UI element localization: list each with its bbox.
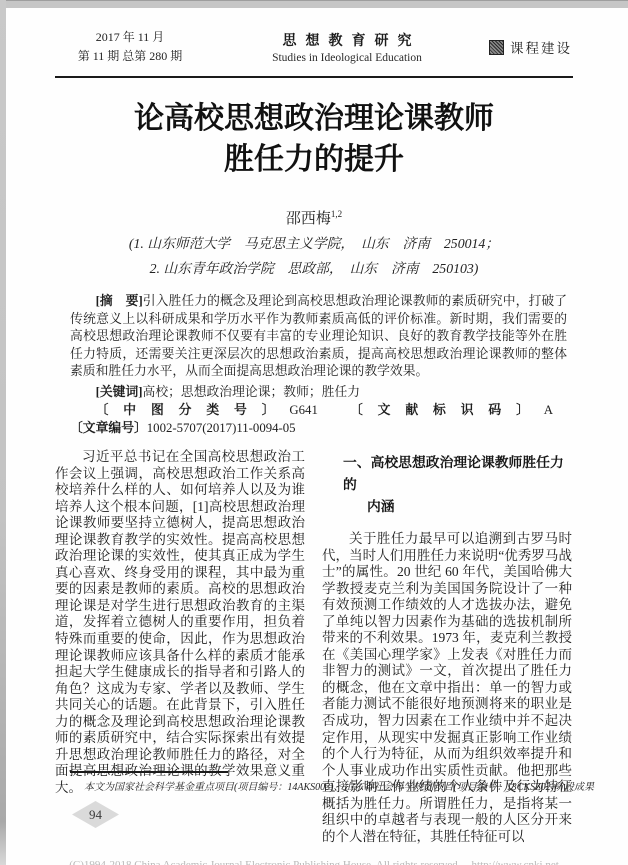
column-tag-block: 课程建设	[489, 37, 572, 57]
clc-number: 〔中图分类号〕G641	[96, 403, 318, 417]
article-title-line1: 论高校思想政治理论课教师	[0, 98, 628, 139]
issue-number: 第 11 期 总第 280 期	[55, 47, 205, 66]
affiliation-1: (1. 山东师范大学 马克思主义学院， 山东 济南 250014；	[0, 231, 628, 256]
abstract-text: 引入胜任力的概念及理论到高校思想政治理论课教师的素质研究中，打破了传统意义上以科…	[70, 294, 567, 378]
intro-paragraph: 习近平总书记在全国高校思想政治工作会议上强调，高校思想政治工作关系高校培养什么样…	[55, 449, 305, 796]
section-1-heading-line1: 一、高校思想政治理论课教师胜任力的	[322, 452, 572, 496]
page-number: 94	[89, 807, 102, 823]
article-meta: [摘 要]引入胜任力的概念及理论到高校思想政治理论课教师的素质研究中，打破了传统…	[70, 293, 567, 437]
scan-edge-top	[0, 0, 628, 8]
journal-title-en: Studies in Ideological Education	[272, 52, 422, 64]
section-1-heading: 一、高校思想政治理论课教师胜任力的 内涵	[322, 452, 572, 518]
pattern-square-icon	[489, 40, 504, 55]
affiliations: (1. 山东师范大学 马克思主义学院， 山东 济南 250014； 2. 山东青…	[0, 231, 628, 281]
abstract: [摘 要]引入胜任力的概念及理论到高校思想政治理论课教师的素质研究中，打破了传统…	[70, 293, 567, 381]
section-1-paragraph: 关于胜任力最早可以追溯到古罗马时代，当时人们用胜任力来说明“优秀罗马战士”的属性…	[322, 531, 572, 845]
journal-header: 2017 年 11 月 第 11 期 总第 280 期 思想教育研究 Studi…	[55, 28, 572, 66]
article-title-line2: 胜任力的提升	[0, 139, 628, 180]
keywords: [关键词]高校；思想政治理论课；教师；胜任力	[70, 384, 567, 402]
abstract-label: [摘 要]	[96, 294, 143, 308]
keywords-text: 高校；思想政治理论课；教师；胜任力	[143, 385, 361, 399]
author-name: 邵西梅	[286, 211, 331, 227]
article-title: 论高校思想政治理论课教师 胜任力的提升	[0, 98, 628, 180]
journal-title-block: 思想教育研究 Studies in Ideological Education	[272, 30, 422, 64]
header-divider	[55, 76, 573, 78]
cnki-copyright-line: (C)1994-2018 China Academic Journal Elec…	[0, 856, 628, 865]
keywords-label: [关键词]	[96, 385, 143, 399]
author-affil-superscript: 1,2	[331, 209, 342, 219]
classification-line: 〔中图分类号〕G641 〔文献标识码〕A 〔文章编号〕1002-5707(201…	[70, 402, 567, 437]
column-tag: 课程建设	[510, 37, 572, 57]
issue-info: 2017 年 11 月 第 11 期 总第 280 期	[55, 28, 205, 66]
funding-footnote: 本文为国家社会科学基金重点项目(项目编号：14AKS003)、山东省社会科学规划…	[84, 778, 589, 793]
affiliation-2: 2. 山东青年政治学院 思政部， 山东 济南 250103)	[0, 256, 628, 281]
article-id: 〔文章编号〕1002-5707(2017)11-0094-05	[70, 421, 296, 435]
journal-title-cn: 思想教育研究	[272, 30, 422, 50]
section-1-heading-line2: 内涵	[322, 496, 572, 518]
document-code: 〔文献标识码〕A	[350, 403, 553, 417]
issue-date: 2017 年 11 月	[55, 28, 205, 47]
footnote-divider	[70, 771, 228, 773]
author-line: 邵西梅1,2	[0, 207, 628, 228]
